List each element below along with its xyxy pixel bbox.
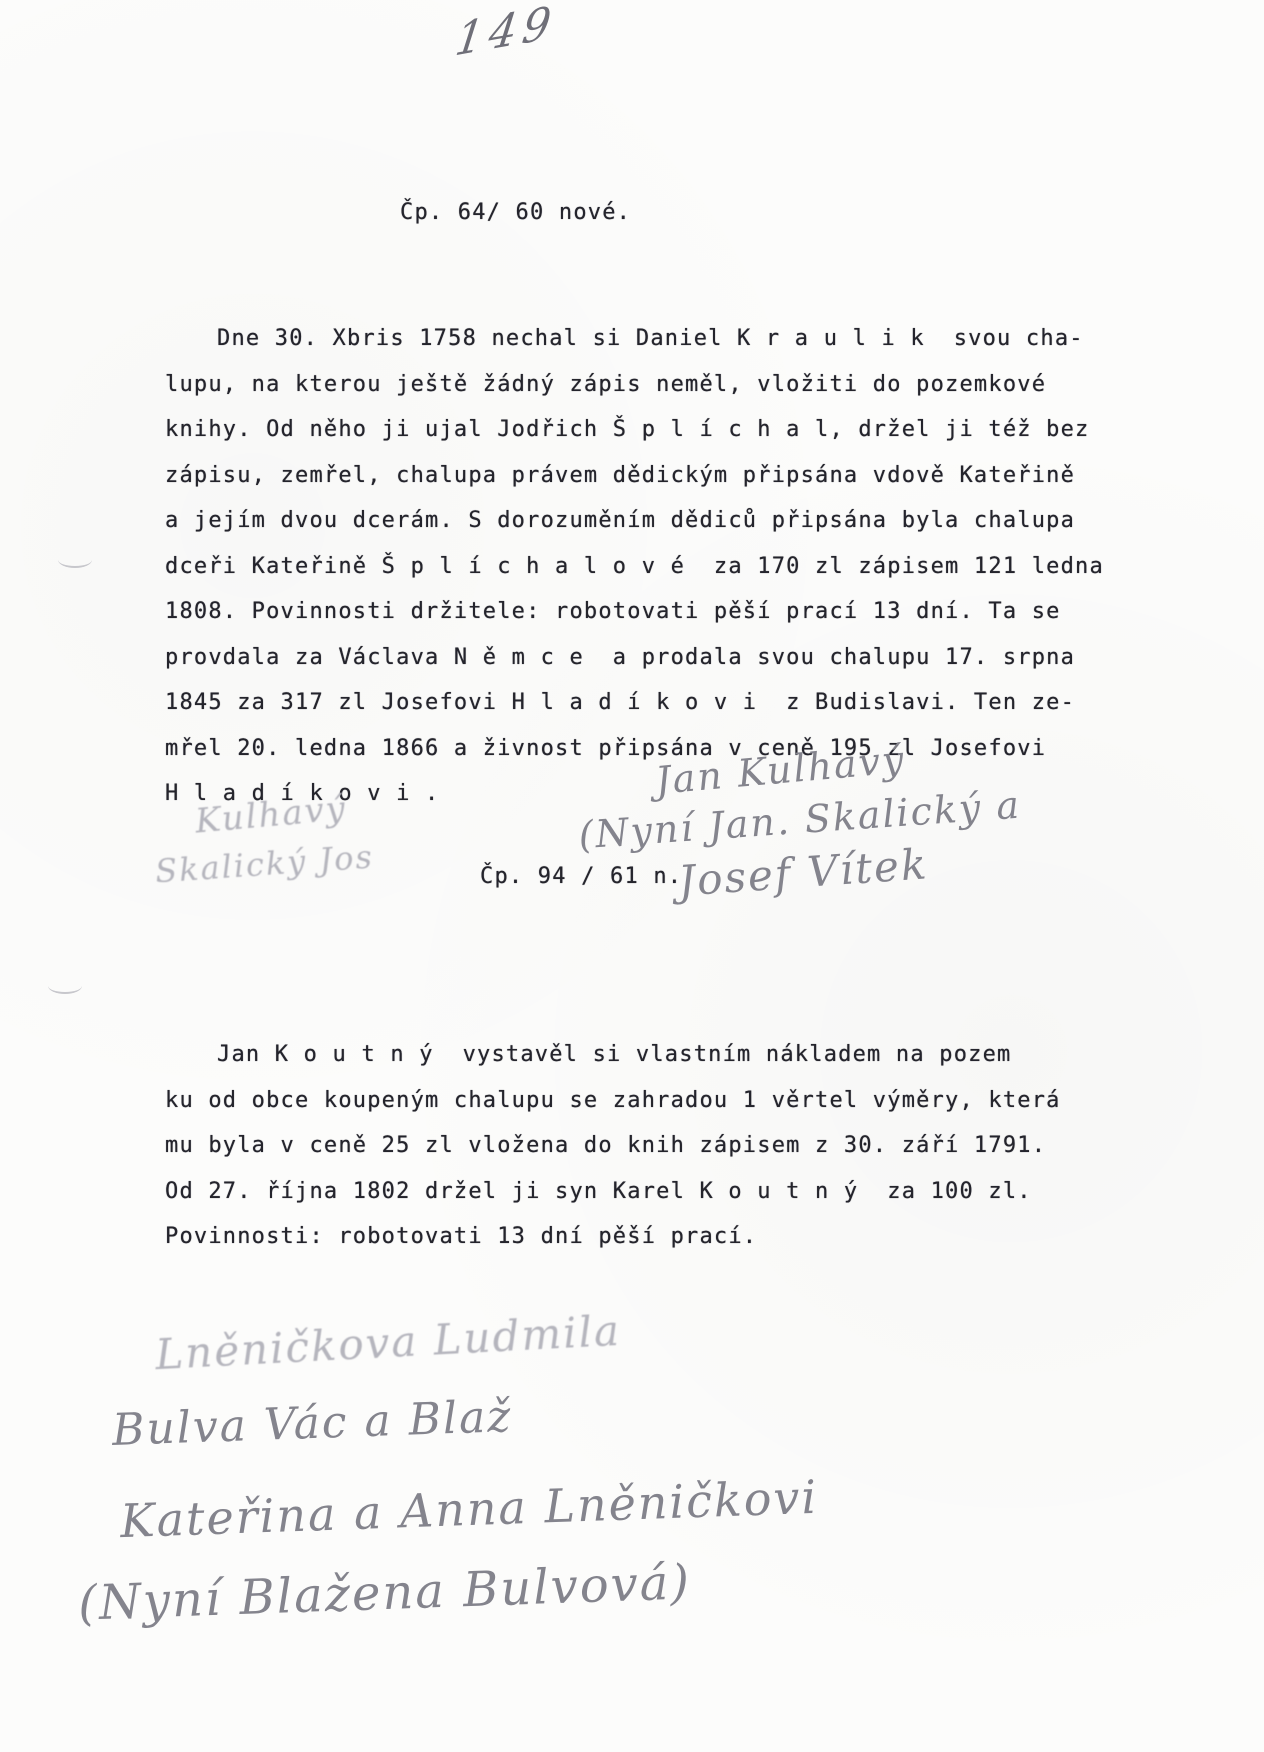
typed-line: mřel 20. ledna 1866 a živnost připsána v… <box>165 736 1065 782</box>
pencil-annotation-katerina-anna-lnenickovi: Kateřina a Anna Lněničkovi <box>119 1470 819 1548</box>
typed-line: Od 27. října 1802 držel ji syn Karel K o… <box>165 1179 1065 1225</box>
section2-heading: Čp. 94 / 61 n. <box>480 864 682 889</box>
pencil-annotation-josef-vitek: Josef Vítek <box>677 839 930 905</box>
typed-line: lupu, na kterou ještě žádný zápis neměl,… <box>165 372 1065 418</box>
typed-line: mu byla v ceně 25 zl vložena do knih záp… <box>165 1133 1065 1179</box>
pencil-annotation-nyni-blazena-bulvova: (Nyní Blažena Bulvová) <box>77 1554 692 1631</box>
typed-line: provdala za Václava N ě m c e a prodala … <box>165 645 1065 691</box>
typed-line: 1808. Povinnosti držitele: robotovati pě… <box>165 599 1065 645</box>
typed-line: knihy. Od něho ji ujal Jodřich Š p l í c… <box>165 417 1065 463</box>
faint-pencil-annotation: Skalický Jos <box>154 837 375 890</box>
typed-line: dceři Kateřině Š p l í c h a l o v é za … <box>165 554 1065 600</box>
margin-mark <box>58 552 92 568</box>
typed-line: Jan K o u t n ý vystavěl si vlastním nák… <box>165 1042 1065 1088</box>
margin-mark <box>48 978 82 994</box>
scanned-document-page: 149 Čp. 64/ 60 nové. Dne 30. Xbris 1758 … <box>0 0 1264 1752</box>
pencil-annotation-lnenickova-ludmila: Lněničkova Ludmila <box>154 1306 622 1379</box>
typed-line: 1845 za 317 zl Josefovi H l a d í k o v … <box>165 690 1065 736</box>
section1-heading: Čp. 64/ 60 nové. <box>400 200 631 225</box>
pencil-annotation-bulva-vac-a-blaz: Bulva Vác a Blaž <box>111 1391 513 1456</box>
typed-line: Dne 30. Xbris 1758 nechal si Daniel K r … <box>165 326 1065 372</box>
typed-line: Povinnosti: robotovati 13 dní pěší prací… <box>165 1224 1065 1270</box>
section2-paragraph: Jan K o u t n ý vystavěl si vlastním nák… <box>165 1042 1065 1270</box>
typed-line: zápisu, zemřel, chalupa právem dědickým … <box>165 463 1065 509</box>
section1-paragraph: Dne 30. Xbris 1758 nechal si Daniel K r … <box>165 326 1065 827</box>
typed-line: ku od obce koupeným chalupu se zahradou … <box>165 1088 1065 1134</box>
handwritten-page-number: 149 <box>452 0 560 67</box>
typed-line: a jejím dvou dcerám. S dorozuměním dědic… <box>165 508 1065 554</box>
